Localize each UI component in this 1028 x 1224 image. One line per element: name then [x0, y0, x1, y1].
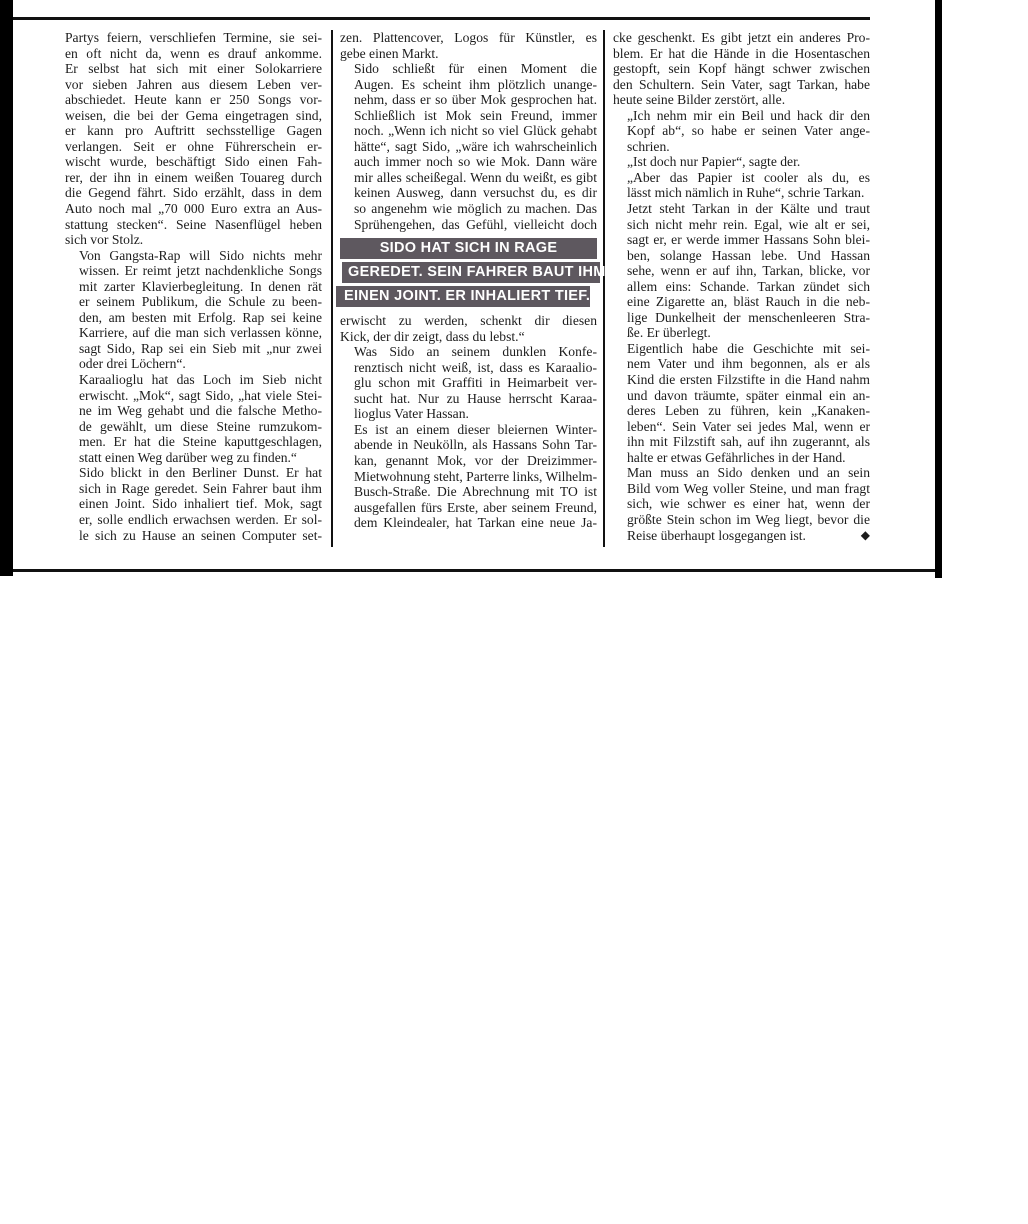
text-line: ße. Er überlegt.: [613, 325, 870, 341]
text-line: Karaalioglu hat das Loch im Sieb nicht: [65, 372, 322, 388]
article-paragraph: cke geschenkt. Es gibt jetzt ein anderes…: [613, 30, 870, 108]
text-line: Kick, der dir zeigt, dass du lebst.“: [340, 329, 597, 345]
text-line: ne im Weg gehabt und die falsche Metho-: [65, 403, 322, 419]
text-line: leben“. Sein Vater sei jedes Mal, wenn e…: [613, 419, 870, 435]
text-line: sagt er, er werde immer Hassans Sohn ble…: [613, 232, 870, 248]
text-line: sehe, wenn er auf ihn, Tarkan, blicke, v…: [613, 263, 870, 279]
article-paragraph: zen. Plattencover, Logos für Künstler, e…: [340, 30, 597, 61]
text-line: glu schon mit Graffiti in Heimarbeit ver…: [340, 375, 597, 391]
article-column-3: cke geschenkt. Es gibt jetzt ein anderes…: [613, 30, 870, 543]
text-line: statt einen Weg darüber weg zu finden.“: [65, 450, 322, 466]
end-of-article-diamond-icon: ◆: [847, 528, 870, 544]
text-line: en oft nicht da, wenn es drauf ankomme.: [65, 46, 322, 62]
bottom-rule: [13, 569, 935, 572]
pull-quote-line: SIDO HAT SICH IN RAGE: [340, 238, 597, 259]
text-line: le sich zu Hause an seinen Computer set-: [65, 528, 322, 544]
text-line: sich in Rage geredet. Sein Fahrer baut i…: [65, 481, 322, 497]
text-line: abende in Neukölln, als Hassans Sohn Tar…: [340, 437, 597, 453]
article-paragraph: Was Sido an seinem dunklen Konfe-renztis…: [340, 344, 597, 422]
text-line: Kind die ersten Filzstifte in die Hand n…: [613, 372, 870, 388]
text-line: Reise überhaupt losgegangen ist.◆: [613, 528, 870, 544]
text-line: er, solle endlich erwachsen werden. Er s…: [65, 512, 322, 528]
article-paragraph: Jetzt steht Tarkan in der Kälte und trau…: [613, 201, 870, 341]
text-line: größte Stein schon im Weg liegt, bevor d…: [613, 512, 870, 528]
text-line: Busch-Straße. Die Abrechnung mit TO ist: [340, 484, 597, 500]
article-paragraph: Sido blickt in den Berliner Dunst. Er ha…: [65, 465, 322, 543]
text-line: Von Gangsta-Rap will Sido nichts mehr: [65, 248, 322, 264]
text-line: Er selbst hat sich mit einer Solokarrier…: [65, 61, 322, 77]
article-paragraph: Partys feiern, verschliefen Termine, sie…: [65, 30, 322, 248]
text-line: allem eins: Schande. Tarkan zündet sich: [613, 279, 870, 295]
newspaper-page: Partys feiern, verschliefen Termine, sie…: [0, 0, 1028, 1224]
article-paragraph: Karaalioglu hat das Loch im Sieb nichter…: [65, 372, 322, 465]
text-line: wischt wurde, beschäftigt Sido einen Fah…: [65, 154, 322, 170]
text-line: Man muss an Sido denken und an sein: [613, 465, 870, 481]
left-border-bar: [0, 0, 13, 576]
text-line: abschiedet. Heute kann er 250 Songs vor-: [65, 92, 322, 108]
text-line: Partys feiern, verschliefen Termine, sie…: [65, 30, 322, 46]
text-line: Sido schließt für einen Moment die: [340, 61, 597, 77]
text-line: „Ich nehm mir ein Beil und hack dir den: [613, 108, 870, 124]
right-border-bar: [935, 0, 942, 578]
text-line: Es ist an einem dieser bleiernen Winter-: [340, 422, 597, 438]
text-line: keinen Ausweg, dann versuchst du, es dir: [340, 185, 597, 201]
text-line: hätte“, sagt Sido, „wäre ich wahrscheinl…: [340, 139, 597, 155]
text-line: lioglus Vater Hassan.: [340, 406, 597, 422]
text-line: ausgefallen fürs Erste, aber seinem Freu…: [340, 500, 597, 516]
text-line: er kann pro Auftritt sechsstellige Gagen: [65, 123, 322, 139]
text-line: gebe einen Markt.: [340, 46, 597, 62]
text-line: ihn mit Filzstift sah, auf ihn zugerannt…: [613, 434, 870, 450]
text-line: Augen. Es scheint ihm plötzlich unange-: [340, 77, 597, 93]
text-line: weisen, die bei der Gema eingetragen sin…: [65, 108, 322, 124]
text-line: dem Kleindealer, hat Tarkan eine neue Ja…: [340, 515, 597, 531]
text-line: lige Dunkelheit der menschenleeren Stra-: [613, 310, 870, 326]
text-line: so angenehm wie möglich zu machen. Das: [340, 201, 597, 217]
article-paragraph: Man muss an Sido denken und an seinBild …: [613, 465, 870, 543]
text-line: er seinem Publikum, die Schule zu been-: [65, 294, 322, 310]
text-line: rer, der ihn in einem weißen Touareg dur…: [65, 170, 322, 186]
article-column-2: zen. Plattencover, Logos für Künstler, e…: [340, 30, 597, 531]
text-line: Eigentlich habe die Geschichte mit sei-: [613, 341, 870, 357]
text-line: einen Joint. Sido inhaliert tief. Mok, s…: [65, 496, 322, 512]
article-paragraph: Es ist an einem dieser bleiernen Winter-…: [340, 422, 597, 531]
text-line: men. Er hat die Steine kaputtgeschlagen,: [65, 434, 322, 450]
text-line: lässt mich nämlich in Ruhe“, schrie Tark…: [613, 185, 870, 201]
text-line: nem Vater und ihm begonnen, als er als: [613, 356, 870, 372]
text-line: „Ist doch nur Papier“, sagte der.: [613, 154, 870, 170]
pull-quote-line: EINEN JOINT. ER INHALIERT TIEF.: [336, 286, 590, 307]
text-line: ben, solange Hassan lebe. Und Hassan: [613, 248, 870, 264]
text-line: die Gegend fährt. Sido erzählt, dass in …: [65, 185, 322, 201]
text-line: und davon träumte, später einmal ein an-: [613, 388, 870, 404]
text-line: halte er etwas Gefährliches in der Hand.: [613, 450, 870, 466]
article-paragraph: „Aber das Papier ist cooler als du, eslä…: [613, 170, 870, 201]
text-line: stattung stecken“. Seine Nasenflügel heb…: [65, 217, 322, 233]
column-divider: [331, 30, 333, 547]
text-line: Bild vom Weg voller Steine, und man frag…: [613, 481, 870, 497]
text-line: nehm, dass er so über Mok gesprochen hat…: [340, 92, 597, 108]
text-line: Sido blickt in den Berliner Dunst. Er ha…: [65, 465, 322, 481]
text-line: Kopf ab“, so habe er seinen Vater ange-: [613, 123, 870, 139]
text-line: renztisch nicht weiß, ist, dass es Karaa…: [340, 360, 597, 376]
text-line: wissen. Er reimt jetzt nachdenkliche Son…: [65, 263, 322, 279]
text-line: sich nicht mehr rein. Egal, wie alt er s…: [613, 217, 870, 233]
article-paragraph: erwischt zu werden, schenkt dir diesenKi…: [340, 313, 597, 344]
text-line: Schließlich ist Mok sein Freund, immer: [340, 108, 597, 124]
text-line: sich, wie schwer es einer hat, wenn der: [613, 496, 870, 512]
article-paragraph: „Ich nehm mir ein Beil und hack dir denK…: [613, 108, 870, 155]
text-line: noch. „Wenn ich nicht so viel Glück geha…: [340, 123, 597, 139]
text-line: Was Sido an seinem dunklen Konfe-: [340, 344, 597, 360]
text-line: sagt Sido, Rap sei ein Sieb mit „nur zwe…: [65, 341, 322, 357]
text-line: schrien.: [613, 139, 870, 155]
article-column-1: Partys feiern, verschliefen Termine, sie…: [65, 30, 322, 543]
text-line: deres Leben zu führen, kein „Kanaken-: [613, 403, 870, 419]
text-line: cke geschenkt. Es gibt jetzt ein anderes…: [613, 30, 870, 46]
text-line: „Aber das Papier ist cooler als du, es: [613, 170, 870, 186]
text-line: vor sieben Jahren aus diesem Leben ver-: [65, 77, 322, 93]
text-line: erwischt zu werden, schenkt dir diesen: [340, 313, 597, 329]
text-line: blem. Er hat die Hände in die Hosentasch…: [613, 46, 870, 62]
text-line: Jetzt steht Tarkan in der Kälte und trau…: [613, 201, 870, 217]
pull-quote-line: GEREDET. SEIN FAHRER BAUT IHM: [342, 262, 600, 283]
text-line: eine Zigarette an, bläst Rauch in die ne…: [613, 294, 870, 310]
text-line: Auto noch mal „70 000 Euro extra an Aus-: [65, 201, 322, 217]
article-paragraph: Eigentlich habe die Geschichte mit sei-n…: [613, 341, 870, 465]
pull-quote: SIDO HAT SICH IN RAGEGEREDET. SEIN FAHRE…: [340, 238, 597, 307]
text-line: oder drei Löchern“.: [65, 356, 322, 372]
text-line: kan, genannt Mok, vor der Dreizimmer-: [340, 453, 597, 469]
text-line: verlangen. Seit er ohne Führerschein er-: [65, 139, 322, 155]
text-line: sich vor Stolz.: [65, 232, 322, 248]
text-line: de gewählt, um diese Steine rumzukom-: [65, 419, 322, 435]
text-line: mir alles scheißegal. Wenn du weißt, es …: [340, 170, 597, 186]
text-line: gestopft, sein Kopf hängt schwer zwische…: [613, 61, 870, 77]
text-line: Mietwohnung steht, Parterre links, Wilhe…: [340, 469, 597, 485]
text-line: auch immer noch so wie Mok. Dann wäre: [340, 154, 597, 170]
text-line: den, am besten mit Erfolg. Rap sei keine: [65, 310, 322, 326]
text-line: heute seine Bilder zerstört, alle.: [613, 92, 870, 108]
top-rule: [13, 17, 870, 20]
text-line: zen. Plattencover, Logos für Künstler, e…: [340, 30, 597, 46]
text-line: mit zarter Klavierbegleitung. In denen r…: [65, 279, 322, 295]
column-divider: [603, 30, 605, 547]
text-line: Sprühengehen, das Gefühl, vielleicht doc…: [340, 217, 597, 233]
article-paragraph: Sido schließt für einen Moment dieAugen.…: [340, 61, 597, 232]
text-line: den Schultern. Sein Vater, sagt Tarkan, …: [613, 77, 870, 93]
article-paragraph: „Ist doch nur Papier“, sagte der.: [613, 154, 870, 170]
article-paragraph: Von Gangsta-Rap will Sido nichts mehrwis…: [65, 248, 322, 372]
text-line: Karriere, auf die man sich verlassen kön…: [65, 325, 322, 341]
text-line: erwischt. „Mok“, sagt Sido, „hat viele S…: [65, 388, 322, 404]
text-line: sucht hat. Nur zu Hause herrscht Karaa-: [340, 391, 597, 407]
